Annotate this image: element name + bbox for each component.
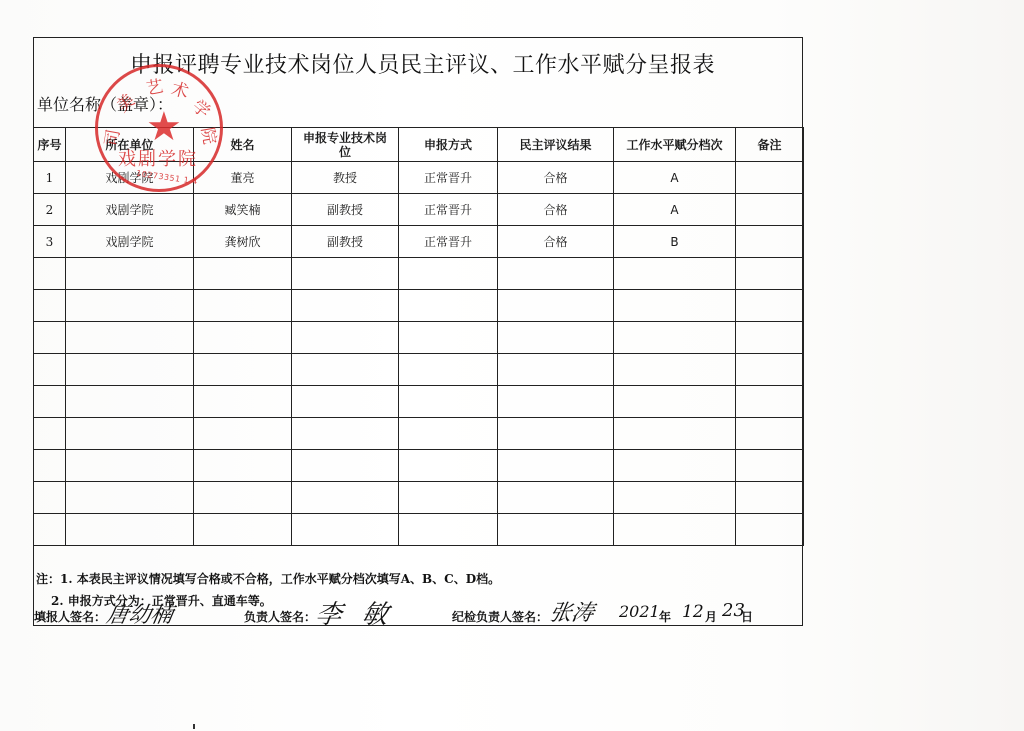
cell-unit-empty (66, 450, 194, 482)
cell-result-empty (498, 450, 614, 482)
leader-signature-label: 负责人签名： (244, 608, 316, 625)
cell-method-empty (399, 290, 498, 322)
leader-signature: 李 敏 (313, 594, 396, 631)
empty-table-row (34, 482, 804, 514)
signature-row: 填报人签名： 唐幼楠 负责人签名： 李 敏 纪检负责人签名： 张涛 2021 年… (33, 608, 803, 626)
cell-method: 正常晋升 (399, 162, 498, 194)
cell-unit-empty (66, 290, 194, 322)
cell-grade-empty (614, 514, 736, 546)
cell-no-empty (34, 258, 66, 290)
cell-remark (736, 226, 804, 258)
cell-name-empty (194, 418, 292, 450)
filler-signature-label: 填报人签名： (34, 608, 106, 625)
cell-unit: 戏剧学院 (66, 162, 194, 194)
empty-table-row (34, 450, 804, 482)
cell-name: 董亮 (194, 162, 292, 194)
discipline-signature-label: 纪检负责人签名： (452, 608, 548, 625)
cell-unit-empty (66, 258, 194, 290)
cell-no-empty (34, 386, 66, 418)
cell-no-empty (34, 322, 66, 354)
cell-no: 2 (34, 194, 66, 226)
cell-position: 教授 (292, 162, 399, 194)
cell-result-empty (498, 322, 614, 354)
cell-method-empty (399, 450, 498, 482)
header-result: 民主评议结果 (498, 128, 614, 162)
cell-unit-empty (66, 322, 194, 354)
cell-unit-empty (66, 418, 194, 450)
cell-method-empty (399, 514, 498, 546)
date-month: 12 (682, 602, 704, 622)
cell-no-empty (34, 290, 66, 322)
header-unit: 所在单位 (66, 128, 194, 162)
cell-position-empty (292, 418, 399, 450)
cell-result-empty (498, 418, 614, 450)
cell-name-empty (194, 354, 292, 386)
cell-grade-empty (614, 386, 736, 418)
cell-name-empty (194, 290, 292, 322)
table-row: 2戏剧学院臧笑楠副教授正常晋升合格A (34, 194, 804, 226)
empty-table-row (34, 418, 804, 450)
cell-grade: A (614, 162, 736, 194)
paper-mark (193, 724, 195, 729)
cell-position: 副教授 (292, 226, 399, 258)
cell-no: 3 (34, 226, 66, 258)
empty-table-row (34, 322, 804, 354)
header-grade: 工作水平赋分档次 (614, 128, 736, 162)
empty-table-row (34, 258, 804, 290)
cell-grade-empty (614, 322, 736, 354)
cell-name: 臧笑楠 (194, 194, 292, 226)
cell-remark-empty (736, 482, 804, 514)
cell-remark-empty (736, 450, 804, 482)
empty-table-row (34, 354, 804, 386)
empty-table-row (34, 386, 804, 418)
cell-result-empty (498, 514, 614, 546)
cell-unit-empty (66, 482, 194, 514)
cell-name-empty (194, 322, 292, 354)
empty-table-row (34, 290, 804, 322)
cell-name-empty (194, 386, 292, 418)
cell-method-empty (399, 322, 498, 354)
cell-remark-empty (736, 418, 804, 450)
header-method: 申报方式 (399, 128, 498, 162)
cell-remark (736, 162, 804, 194)
cell-no-empty (34, 514, 66, 546)
note-1: 注：1. 本表民主评议情况填写合格或不合格，工作水平赋分档次填写A、B、C、D档… (36, 570, 500, 587)
cell-unit: 戏剧学院 (66, 226, 194, 258)
cell-no-empty (34, 482, 66, 514)
cell-method: 正常晋升 (399, 226, 498, 258)
cell-method-empty (399, 482, 498, 514)
cell-remark (736, 194, 804, 226)
cell-result: 合格 (498, 226, 614, 258)
cell-method: 正常晋升 (399, 194, 498, 226)
cell-remark-empty (736, 322, 804, 354)
evaluation-table: 序号 所在单位 姓名 申报专业技术岗位 申报方式 民主评议结果 工作水平赋分档次… (33, 127, 804, 546)
cell-grade-empty (614, 482, 736, 514)
date-day-unit: 日 (741, 608, 753, 625)
cell-grade-empty (614, 354, 736, 386)
table-header-row: 序号 所在单位 姓名 申报专业技术岗位 申报方式 民主评议结果 工作水平赋分档次… (34, 128, 804, 162)
cell-grade-empty (614, 258, 736, 290)
unit-name-label: 单位名称（盖章）： (37, 92, 173, 115)
cell-no: 1 (34, 162, 66, 194)
cell-no-empty (34, 354, 66, 386)
cell-no-empty (34, 418, 66, 450)
header-remark: 备注 (736, 128, 804, 162)
cell-name-empty (194, 514, 292, 546)
date-month-unit: 月 (705, 608, 717, 625)
cell-result-empty (498, 354, 614, 386)
table-row: 1戏剧学院董亮教授正常晋升合格A (34, 162, 804, 194)
cell-unit-empty (66, 514, 194, 546)
table-row: 3戏剧学院龚树欣副教授正常晋升合格B (34, 226, 804, 258)
cell-name-empty (194, 258, 292, 290)
cell-remark-empty (736, 514, 804, 546)
cell-result-empty (498, 258, 614, 290)
cell-position-empty (292, 258, 399, 290)
date-year: 2021 (619, 602, 660, 621)
cell-position-empty (292, 482, 399, 514)
cell-method-empty (399, 354, 498, 386)
cell-position-empty (292, 514, 399, 546)
table-body: 1戏剧学院董亮教授正常晋升合格A2戏剧学院臧笑楠副教授正常晋升合格A3戏剧学院龚… (34, 162, 804, 546)
cell-result: 合格 (498, 194, 614, 226)
cell-remark-empty (736, 290, 804, 322)
cell-position-empty (292, 450, 399, 482)
cell-no-empty (34, 450, 66, 482)
cell-grade-empty (614, 290, 736, 322)
cell-method-empty (399, 418, 498, 450)
discipline-signature: 张涛 (547, 596, 596, 627)
cell-name-empty (194, 482, 292, 514)
empty-table-row (34, 514, 804, 546)
cell-position: 副教授 (292, 194, 399, 226)
cell-method-empty (399, 258, 498, 290)
notes-section: 注：1. 本表民主评议情况填写合格或不合格，工作水平赋分档次填写A、B、C、D档… (33, 562, 803, 626)
header-no: 序号 (34, 128, 66, 162)
cell-unit: 戏剧学院 (66, 194, 194, 226)
header-name: 姓名 (194, 128, 292, 162)
cell-grade-empty (614, 418, 736, 450)
cell-name: 龚树欣 (194, 226, 292, 258)
cell-result-empty (498, 386, 614, 418)
cell-remark-empty (736, 258, 804, 290)
filler-signature: 唐幼楠 (104, 598, 175, 629)
cell-method-empty (399, 386, 498, 418)
cell-name-empty (194, 450, 292, 482)
document-title: 申报评聘专业技术岗位人员民主评议、工作水平赋分呈报表 (130, 48, 750, 79)
cell-position-empty (292, 322, 399, 354)
cell-remark-empty (736, 386, 804, 418)
date-year-unit: 年 (659, 608, 671, 625)
cell-grade-empty (614, 450, 736, 482)
cell-position-empty (292, 290, 399, 322)
cell-remark-empty (736, 354, 804, 386)
cell-unit-empty (66, 354, 194, 386)
cell-result-empty (498, 290, 614, 322)
cell-result: 合格 (498, 162, 614, 194)
cell-result-empty (498, 482, 614, 514)
cell-position-empty (292, 386, 399, 418)
cell-grade: A (614, 194, 736, 226)
header-position: 申报专业技术岗位 (292, 128, 399, 162)
cell-position-empty (292, 354, 399, 386)
cell-grade: B (614, 226, 736, 258)
cell-unit-empty (66, 386, 194, 418)
